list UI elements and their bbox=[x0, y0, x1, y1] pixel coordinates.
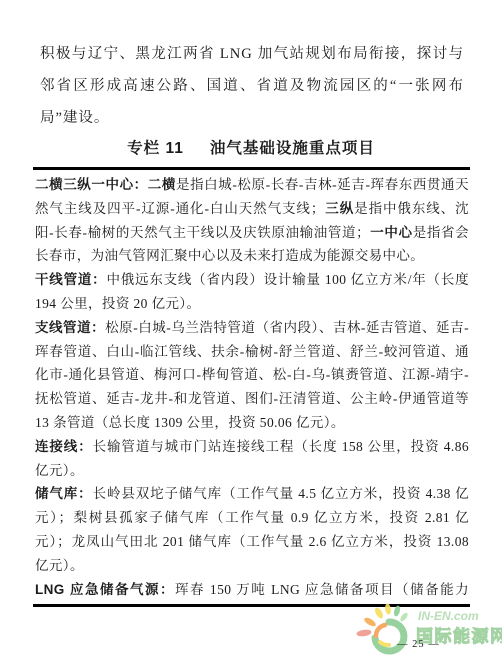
column-title-text: 油气基础设施重点项目 bbox=[210, 140, 375, 157]
box-section-connection-lines: 连接线：长输管道与城市门站连接线工程（长度 158 公里，投资 4.86 亿元）… bbox=[35, 435, 469, 483]
in-en-watermark: IN-EN.com 国际能源网 bbox=[356, 602, 502, 659]
text-run: 长岭县双坨子储气库（工作气量 4.5 亿立方米，投资 4.38 亿元）；梨树县孤… bbox=[35, 486, 469, 572]
page-number: — 25 — bbox=[397, 639, 440, 650]
section-heading: 连接线： bbox=[35, 439, 93, 454]
in-en-logo-icon bbox=[356, 602, 416, 659]
box-section-overview: 二横三纵一中心：二横是指白城-松原-长春-吉林-延吉-珲春东西贯通天然气主线及四… bbox=[35, 173, 469, 268]
column-label: 专栏 11 bbox=[127, 140, 184, 157]
section-heading: 支线管道： bbox=[35, 320, 105, 335]
section-heading: 干线管道： bbox=[35, 272, 106, 287]
bold-run: 三纵 bbox=[325, 201, 354, 216]
watermark-site-text: IN-EN.com bbox=[418, 609, 479, 623]
text-run: 长输管道与城市门站连接线工程（长度 158 公里，投资 4.86 亿元）。 bbox=[35, 439, 469, 478]
box-section-branch-pipelines: 支线管道：松原-白城-乌兰浩特管道（省内段）、吉林-延吉管道、延吉-珲春管道、白… bbox=[35, 316, 469, 435]
column-title: 专栏 11油气基础设施重点项目 bbox=[0, 136, 502, 158]
section-heading: LNG 应急储备气源： bbox=[35, 582, 175, 597]
intro-paragraph: 积极与辽宁、黑龙江两省 LNG 加气站规划布局衔接，探讨与邻省区形成高速公路、国… bbox=[40, 38, 464, 134]
section-heading: 二横三纵一中心： bbox=[35, 177, 148, 192]
box-section-trunk-pipelines: 干线管道：中俄远东支线（省内段）设计输量 100 亿立方米/年（长度 194 公… bbox=[35, 268, 469, 316]
section-heading: 储气库： bbox=[35, 486, 93, 501]
bold-run: 一中心 bbox=[370, 225, 413, 240]
column-box: 二横三纵一中心：二横是指白城-松原-长春-吉林-延吉-珲春东西贯通天然气主线及四… bbox=[33, 167, 470, 607]
box-section-gas-storage: 储气库：长岭县双坨子储气库（工作气量 4.5 亿立方米，投资 4.38 亿元）；… bbox=[35, 482, 469, 577]
text-run: 松原-白城-乌兰浩特管道（省内段）、吉林-延吉管道、延吉-珲春管道、白山-临江管… bbox=[35, 320, 469, 430]
bold-run: 二横 bbox=[148, 177, 176, 192]
document-page: 积极与辽宁、黑龙江两省 LNG 加气站规划布局衔接，探讨与邻省区形成高速公路、国… bbox=[0, 0, 502, 659]
